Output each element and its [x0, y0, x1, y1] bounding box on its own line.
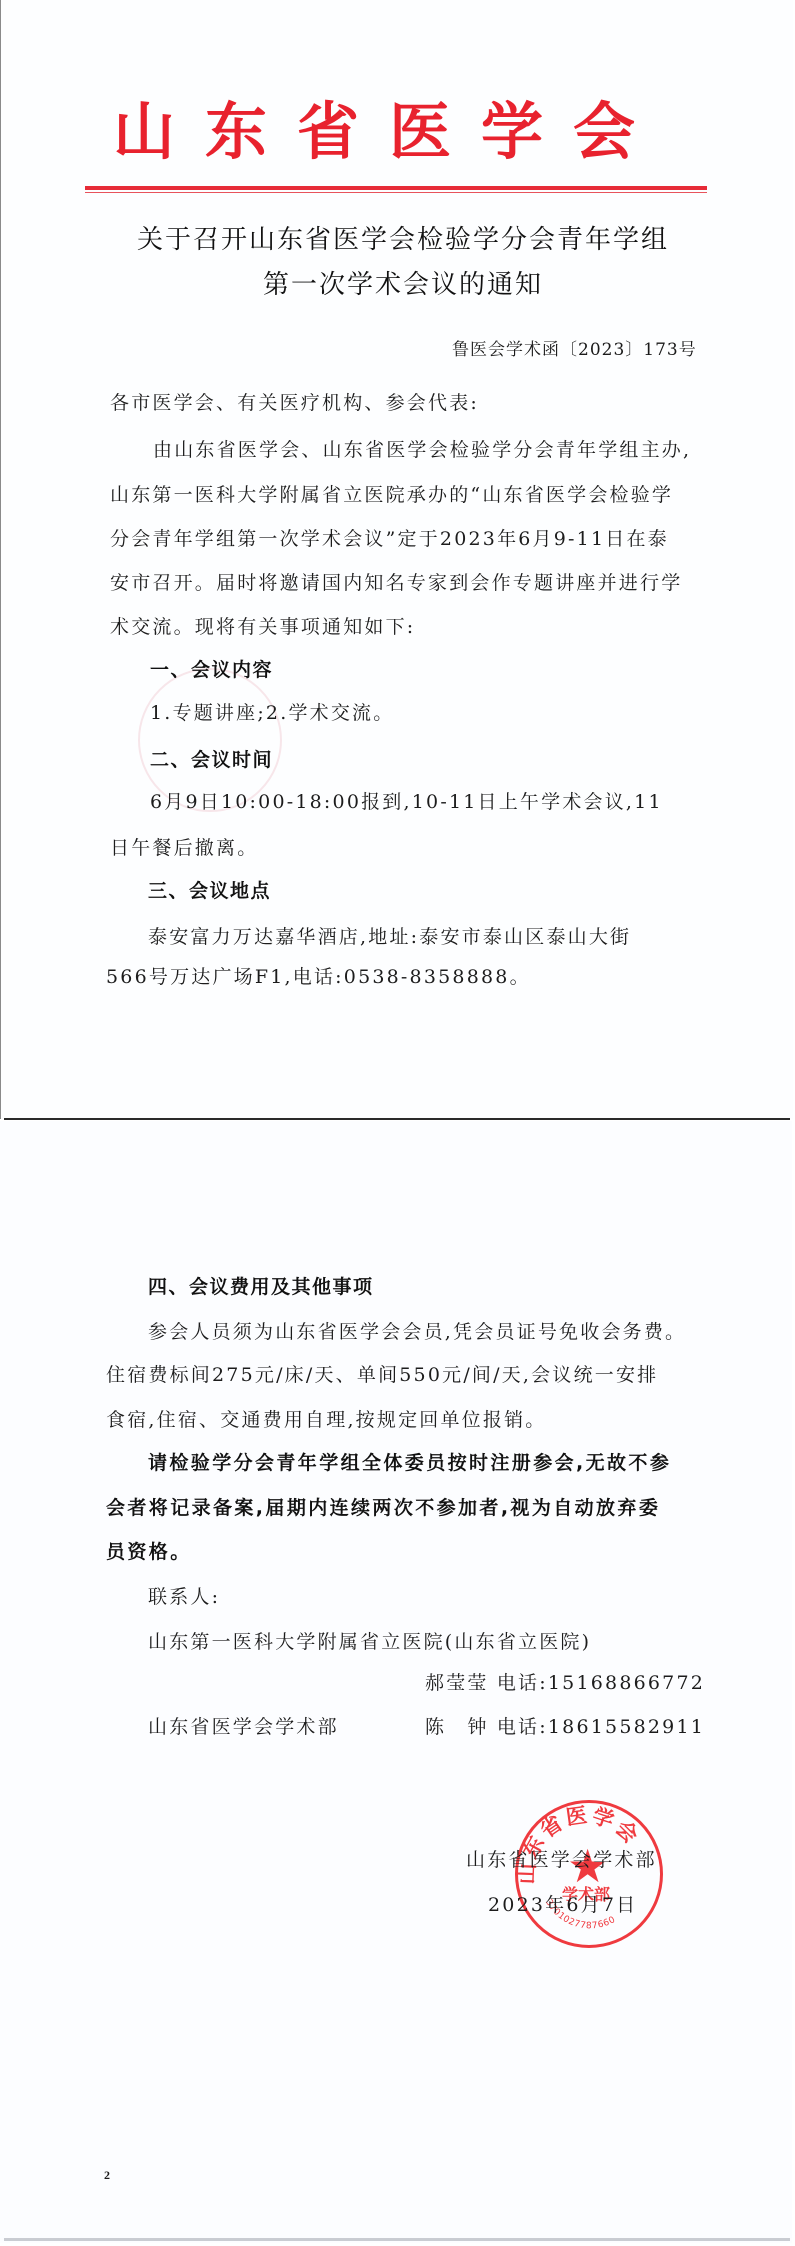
masthead-title: 山东省医学会 — [113, 92, 665, 172]
attendance-requirement-line: 会者将记录备案,届期内连续两次不参加者,视为自动放弃委 — [106, 1495, 660, 1521]
attendance-requirement-line: 员资格。 — [106, 1539, 192, 1565]
intro-line: 山东第一医科大学附属省立医院承办的“山东省医学会检验学 — [110, 482, 673, 508]
signature-date: 2023年6月7日 — [488, 1892, 637, 1918]
section-line: 566号万达广场F1,电话:0538-8358888。 — [106, 964, 531, 990]
section-heading-time: 二、会议时间 — [150, 747, 273, 773]
section-line: 1.专题讲座;2.学术交流。 — [150, 700, 394, 726]
contact-name: 郝莹莹 — [425, 1672, 489, 1694]
section-heading-venue: 三、会议地点 — [148, 878, 271, 904]
page-number: 2 — [104, 2168, 110, 2183]
page-break-divider — [4, 1118, 790, 1120]
section-line: 6月9日10:00-18:00报到,10-11日上午学术会议,11 — [150, 789, 663, 815]
document-number: 鲁医会学术函〔2023〕173号 — [452, 338, 697, 362]
notice-title-line-1: 关于召开山东省医学会检验学分会青年学组 — [100, 223, 706, 257]
signature-issuer: 山东省医学会学术部 — [466, 1847, 657, 1873]
section-line: 日午餐后撤离。 — [110, 835, 258, 861]
page-bottom-edge — [4, 2238, 790, 2241]
masthead-rule-thick — [85, 186, 707, 190]
section-line: 泰安富力万达嘉华酒店,地址:泰安市泰山区泰山大街 — [148, 924, 631, 950]
contact-organization: 山东第一医科大学附属省立医院(山东省立医院) — [148, 1629, 591, 1655]
contact-name: 陈 钟 — [425, 1716, 489, 1738]
contact-phone: 18615582911 — [548, 1716, 705, 1738]
salutation: 各市医学会、有关医疗机构、参会代表: — [110, 390, 479, 416]
contact-person: 陈 钟 电话:18615582911 — [425, 1714, 705, 1740]
intro-line: 安市召开。届时将邀请国内知名专家到会作专题讲座并进行学 — [110, 570, 682, 596]
contact-phone: 15168866772 — [548, 1672, 705, 1694]
intro-line: 分会青年学组第一次学术会议”定于2023年6月9-11日在泰 — [110, 526, 669, 552]
contact-phone-label: 电话: — [497, 1716, 548, 1738]
section-line: 参会人员须为山东省医学会会员,凭会员证号免收会务费。 — [148, 1319, 686, 1345]
contact-phone-label: 电话: — [497, 1672, 548, 1694]
section-line: 食宿,住宿、交通费用自理,按规定回单位报销。 — [106, 1407, 546, 1433]
contacts-label: 联系人: — [148, 1584, 220, 1610]
contact-person: 郝莹莹 电话:15168866772 — [425, 1670, 705, 1696]
attendance-requirement-line: 请检验学分会青年学组全体委员按时注册参会,无故不参 — [148, 1450, 671, 1476]
notice-title-line-2: 第一次学术会议的通知 — [100, 268, 706, 302]
intro-line: 术交流。现将有关事项通知如下: — [110, 614, 415, 640]
section-heading-content: 一、会议内容 — [150, 657, 273, 683]
masthead-rule-thin — [85, 192, 707, 193]
intro-line: 由山东省医学会、山东省医学会检验学分会青年学组主办, — [153, 437, 691, 463]
official-seal: 山东省医学会 3701027787660 学术部 ★ — [515, 1800, 663, 1948]
section-heading-fees: 四、会议费用及其他事项 — [148, 1274, 374, 1300]
contact-organization: 山东省医学会学术部 — [148, 1714, 339, 1740]
section-line: 住宿费标间275元/床/天、单间550元/间/天,会议统一安排 — [106, 1362, 658, 1388]
